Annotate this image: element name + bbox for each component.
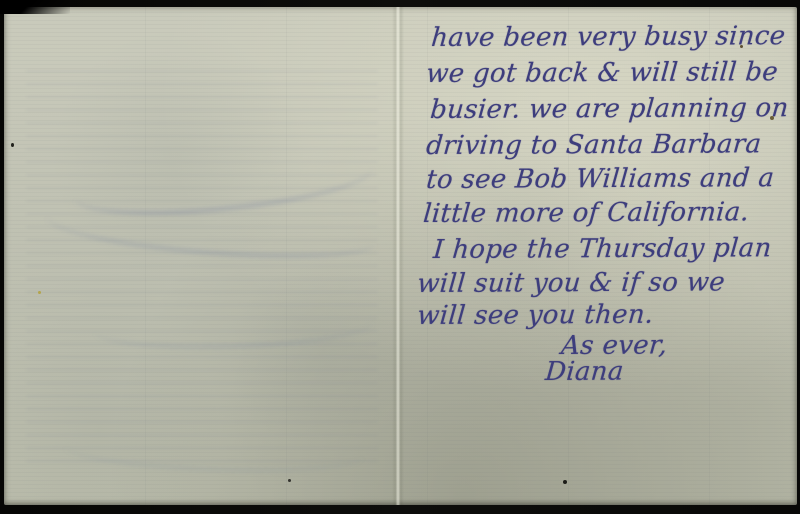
dirt-speck <box>563 480 567 484</box>
letter-line: will suit you & if so we <box>416 267 726 299</box>
bleed-through-rows <box>26 62 378 462</box>
bleed-through-stroke <box>45 196 377 263</box>
dirt-speck <box>38 291 41 294</box>
dirt-speck <box>288 479 291 482</box>
letter-signature: Diana <box>544 357 625 387</box>
bleed-through-stroke <box>72 145 375 222</box>
letter-line: I hope the Thursday plan <box>432 233 773 265</box>
letter-line: little more of California. <box>422 197 750 229</box>
letter-line: will see you then. <box>416 300 655 331</box>
scanner-corner-shadow <box>0 0 70 14</box>
fold-crease <box>392 7 404 505</box>
dirt-speck <box>11 143 14 147</box>
bleed-through-stroke <box>93 300 374 353</box>
letter-line: to see Bob Williams and a <box>425 163 775 195</box>
letter-line: busier. we are planning on <box>429 93 790 125</box>
letter-line: driving to Santa Barbara <box>425 129 763 161</box>
letter-line: have been very busy since <box>430 21 787 53</box>
bleed-through-stroke <box>63 427 364 476</box>
letter-line: we got back & will still be <box>425 57 779 89</box>
letter-paper: have been very busy since we got back & … <box>4 7 797 505</box>
scanner-background: have been very busy since we got back & … <box>0 0 800 514</box>
